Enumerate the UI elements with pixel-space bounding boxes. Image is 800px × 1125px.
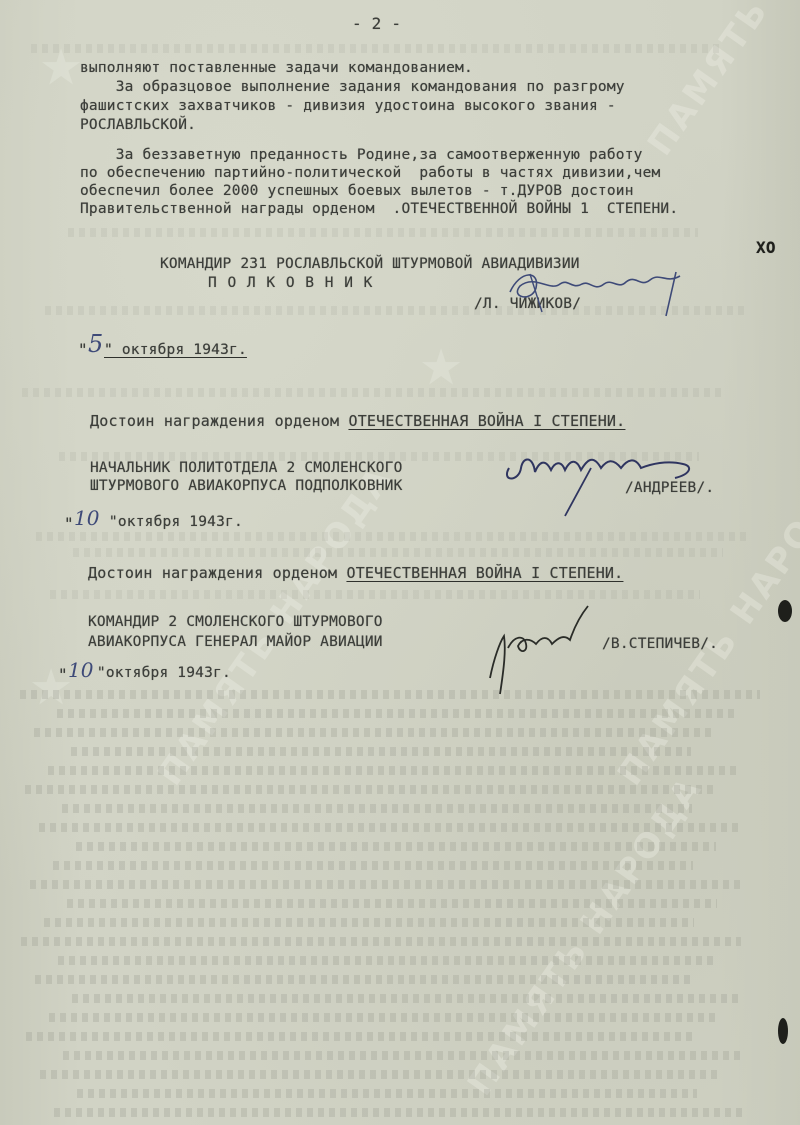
- bleed-through-line: [53, 861, 693, 870]
- award-statement-prefix: Достоин награждения орденом: [88, 564, 346, 582]
- bleed-through-line: [26, 1032, 696, 1041]
- bleed-through-line: [21, 937, 741, 946]
- bleed-through-line: [63, 1051, 743, 1060]
- text-line: За беззаветную преданность Родине,за сам…: [80, 147, 643, 163]
- bleed-through-line: [62, 804, 692, 813]
- bleed-through-line: [73, 548, 723, 557]
- text-line: по обеспечению партийно-политической раб…: [80, 165, 660, 181]
- bleed-through-line: [39, 823, 739, 832]
- bleed-through-line: [67, 899, 717, 908]
- signer-title: АВИАКОРПУСА ГЕНЕРАЛ МАЙОР АВИАЦИИ: [88, 634, 383, 650]
- bleed-through-line: [54, 1108, 744, 1117]
- watermark-star-icon: ★: [40, 20, 82, 102]
- bleed-through-line: [44, 918, 694, 927]
- signer-title: ШТУРМОВОГО АВИАКОРПУСА ПОДПОЛКОВНИК: [90, 478, 403, 494]
- bleed-through-line: [34, 728, 714, 737]
- bleed-through-line: [77, 1089, 697, 1098]
- date-day-handwritten: 10: [74, 506, 99, 530]
- document-page: ★ ПАМЯТЬ НАРОДА ★ ПАМЯТЬ НАРОДА ПАМЯТЬ Н…: [0, 0, 800, 1125]
- award-name: ОТЕЧЕСТВЕННАЯ ВОЙНА I СТЕПЕНИ.: [346, 564, 623, 582]
- date-month-year: " октября 1943г.: [104, 342, 247, 358]
- bleed-through-line: [49, 1013, 719, 1022]
- handwritten-signature: [490, 262, 710, 318]
- handwritten-signature: [470, 598, 610, 698]
- punch-hole: [778, 600, 792, 622]
- text-line: выполняют поставленные задачи командован…: [80, 60, 473, 76]
- punch-hole: [778, 1018, 788, 1044]
- bleed-through-line: [22, 388, 722, 397]
- signer-name: /В.СТЕПИЧЕВ/.: [602, 636, 718, 652]
- bleed-through-line: [76, 842, 716, 851]
- bleed-through-line: [25, 785, 715, 794]
- text-line: Правительственной награды орденом .ОТЕЧЕ…: [80, 201, 678, 217]
- bleed-through-line: [71, 747, 691, 756]
- date-open-quote: ": [78, 340, 88, 359]
- bleed-through-line: [58, 956, 718, 965]
- bleed-through-line: [68, 228, 698, 237]
- watermark-text: ПАМЯТЬ НАРОДА: [640, 0, 800, 163]
- text-line: фашистских захватчиков - дивизия удостои…: [80, 98, 616, 114]
- date-month-year: "октября 1943г.: [100, 514, 243, 530]
- award-statement-prefix: Достоин награждения орденом: [90, 412, 348, 430]
- bleed-through-line: [72, 994, 742, 1003]
- bleed-through-line: [30, 880, 740, 889]
- handwritten-signature: [495, 438, 725, 518]
- date-open-quote: ": [64, 514, 74, 533]
- bleed-through-line: [48, 766, 738, 775]
- award-statement: Достоин награждения орденом ОТЕЧЕСТВЕННА…: [88, 564, 623, 582]
- award-name: ОТЕЧЕСТВЕННАЯ ВОЙНА I СТЕПЕНИ.: [348, 412, 625, 430]
- text-line: РОСЛАВЛЬСКОЙ.: [80, 117, 196, 133]
- text-line: обеспечил более 2000 успешных боевых выл…: [80, 183, 634, 199]
- signer-rank: П О Л К О В Н И К: [208, 275, 373, 291]
- signer-title: КОМАНДИР 2 СМОЛЕНСКОГО ШТУРМОВОГО: [88, 614, 383, 630]
- bleed-through-line: [36, 532, 746, 541]
- bleed-through-line: [57, 709, 737, 718]
- date-day-handwritten: 5: [88, 330, 103, 358]
- signer-title: НАЧАЛЬНИК ПОЛИТОТДЕЛА 2 СМОЛЕНСКОГО: [90, 460, 403, 476]
- bleed-through-line: [35, 975, 695, 984]
- bleed-through-line: [31, 44, 721, 53]
- date-open-quote: ": [58, 665, 68, 684]
- bleed-through-line: [20, 690, 760, 699]
- page-number: - 2 -: [352, 14, 401, 33]
- award-statement: Достоин награждения орденом ОТЕЧЕСТВЕННА…: [90, 412, 625, 430]
- bleed-through-line: [40, 1070, 720, 1079]
- text-line: За образцовое выполнение задания командо…: [80, 79, 625, 95]
- date-month-year: "октября 1943г.: [88, 665, 231, 681]
- margin-mark: XO: [756, 238, 776, 257]
